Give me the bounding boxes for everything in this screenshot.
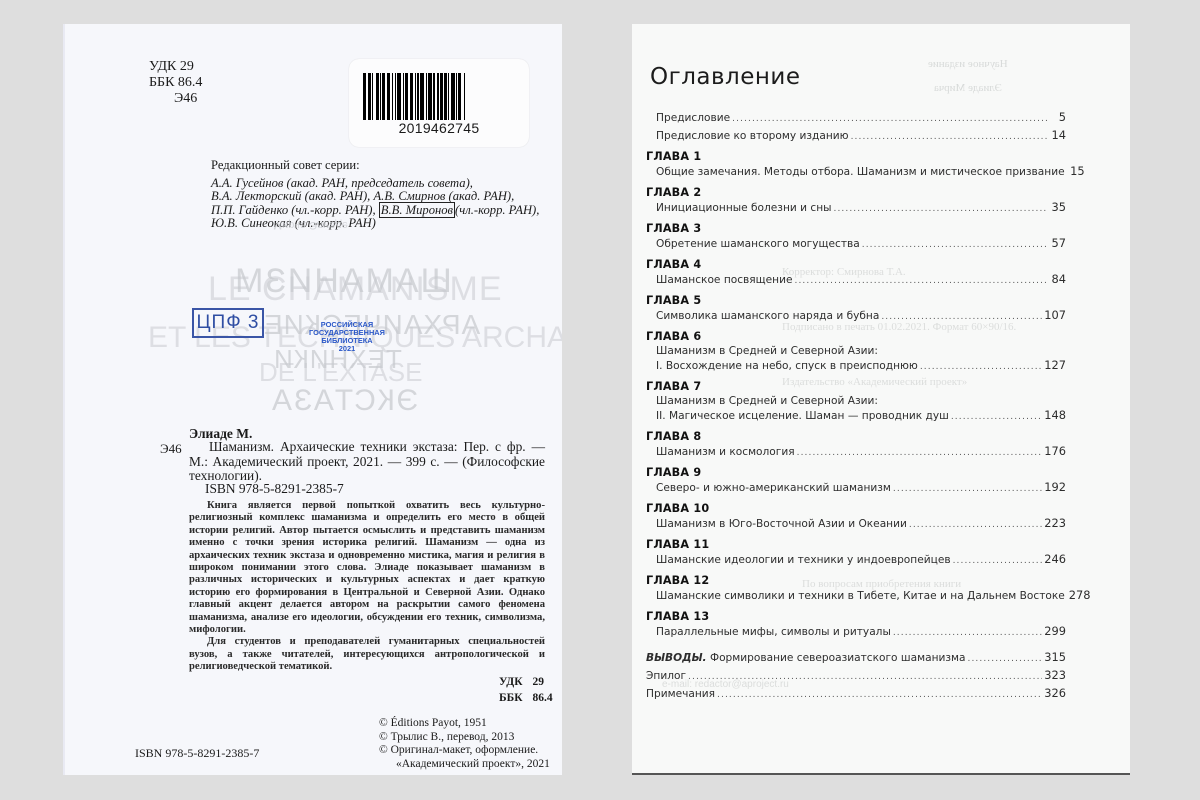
bleedthrough-title-fr: LE CHAMANISME <box>208 270 503 309</box>
toc-entry-title: Примечания <box>646 686 715 702</box>
toc-entry-line: Шаманизм в Средней и Северной Азии: <box>646 344 1066 358</box>
toc-entry-text: Шаманские символики и техники в Тибете, … <box>656 590 1065 602</box>
toc-entry-title: Шаманизм и космология <box>656 445 795 460</box>
toc-entry: Шаманские символики и техники в Тибете, … <box>646 588 1066 605</box>
chapter-heading: ГЛАВА 11 <box>646 537 1066 552</box>
chapter-heading: ГЛАВА 8 <box>646 429 1066 444</box>
toc-entry-title: Шаманизм в Юго-Восточной Азии и Океании <box>656 517 907 532</box>
toc-page-number: 323 <box>1044 667 1066 683</box>
library-stamp: РОССИЙСКАЯ ГОСУДАРСТВЕННАЯ БИБЛИОТЕКА 20… <box>297 321 397 353</box>
isbn-bottom: ISBN 978-5-8291-2385-7 <box>135 746 259 761</box>
toc-entry: Шаманские идеологии и техники у индоевро… <box>646 552 1066 569</box>
toc-entry-text: Обретение шаманского могущества <box>656 238 860 250</box>
toc-entry-text: Параллельные мифы, символы и ритуалы <box>656 626 891 638</box>
code-label: ББК <box>499 692 531 706</box>
toc-page-number: 192 <box>1044 480 1066 495</box>
library-stamp-year: 2021 <box>297 345 397 353</box>
barcode-icon <box>363 73 515 120</box>
annotation-audience: Для студентов и преподавателей гуманитар… <box>189 636 545 673</box>
toc-page-number: 84 <box>1050 272 1066 287</box>
isbn: ISBN 978-5-8291-2385-7 <box>189 481 344 497</box>
dot-leader <box>893 482 1042 497</box>
toc-entry-line: Шаманизм в Средней и Северной Азии: <box>646 394 1066 408</box>
dot-leader <box>862 238 1048 253</box>
chapter-heading: ГЛАВА 3 <box>646 221 1066 236</box>
table-of-contents: Предисловие5Предисловие ко второму издан… <box>646 109 1066 703</box>
chapter-heading: ГЛАВА 4 <box>646 257 1066 272</box>
cpf-stamp: ЦПФ 3 <box>192 308 264 338</box>
chapter-heading: ГЛАВА 9 <box>646 465 1066 480</box>
toc-entry-title: Инициационные болезни и сны <box>656 201 832 216</box>
dot-leader <box>909 518 1042 533</box>
toc-entry: Шаманизм и космология176 <box>646 444 1066 461</box>
editorial-board-heading: Редакционный совет серии: <box>211 159 556 173</box>
toc-entry: Предисловие ко второму изданию14 <box>646 127 1066 145</box>
dot-leader <box>717 687 1042 703</box>
toc-entry-title: Обретение шаманского могущества <box>656 237 860 252</box>
chapter-heading: ГЛАВА 12 <box>646 573 1066 588</box>
board-member: А.А. Гусейнов (акад. РАН, председатель с… <box>211 177 556 191</box>
toc-entry: I. Восхождение на небо, спуск в преиспод… <box>646 358 1066 375</box>
toc-page-number: 299 <box>1044 624 1066 639</box>
toc-entry-title: Шаманское посвящение <box>656 273 793 288</box>
toc-entry: Северо- и южно-американский шаманизм192 <box>646 480 1066 497</box>
code-row: УДК29 <box>499 676 561 690</box>
toc-entry: Предисловие5 <box>646 109 1066 127</box>
toc-entry-text: II. Магическое исцеление. Шаман — провод… <box>656 410 949 422</box>
toc-entry: Примечания326 <box>646 685 1066 703</box>
right-page-contents: Научное издание Элиаде Мирча Корректор: … <box>632 24 1130 775</box>
dot-leader <box>732 111 1048 127</box>
editorial-board: Редакционный совет серии: А.А. Гусейнов … <box>211 159 556 231</box>
toc-entry-title: II. Магическое исцеление. Шаман — провод… <box>656 409 949 424</box>
toc-entry-text: Символика шаманского наряда и бубна <box>656 310 879 322</box>
chapter-heading: ГЛАВА 2 <box>646 185 1066 200</box>
chapter-heading: ГЛАВА 5 <box>646 293 1066 308</box>
toc-entry-text: Общие замечания. Методы отбора. Шаманизм… <box>656 166 1065 178</box>
toc-page-number: 15 <box>1069 164 1085 179</box>
toc-entry: II. Магическое исцеление. Шаман — провод… <box>646 408 1066 425</box>
chapter-heading: ГЛАВА 1 <box>646 149 1066 164</box>
classification-codes-bottom: УДК29 ББК86.4 <box>497 674 562 707</box>
toc-entry: Символика шаманского наряда и бубна107 <box>646 308 1066 325</box>
chapter-heading: ГЛАВА 10 <box>646 501 1066 516</box>
toc-page-number: 14 <box>1050 127 1066 143</box>
copyright-line: © Éditions Payot, 1951 <box>379 717 550 731</box>
code-row: ББК86.4 <box>499 692 561 706</box>
toc-entry-title: Общие замечания. Методы отбора. Шаманизм… <box>656 165 1065 180</box>
left-page-imprint: УДК 29 ББК 86.4 Э46 2019462745 Редакцион… <box>63 24 562 775</box>
code-label: УДК <box>499 676 531 690</box>
board-member: П.П. Гайденко (чл.-корр. РАН), В.В. Миро… <box>211 204 556 218</box>
toc-page-number: 127 <box>1044 358 1066 373</box>
dot-leader <box>881 310 1042 325</box>
dot-leader <box>953 554 1043 569</box>
board-member: Ю.В. Синеокая (чл.-корр. РАН) <box>211 217 556 231</box>
toc-entry-title: Эпилог <box>646 668 686 684</box>
dot-leader <box>851 129 1048 145</box>
toc-entry-text: Шаманизм и космология <box>656 446 795 458</box>
toc-page-number: 246 <box>1044 552 1066 567</box>
dot-leader <box>920 360 1042 375</box>
board-member-name: П.П. Гайденко (чл.-корр. РАН), <box>211 203 379 217</box>
toc-entry-text: Инициационные болезни и сны <box>656 202 832 214</box>
toc-page-number: 148 <box>1044 408 1066 423</box>
toc-page-number: 35 <box>1050 200 1066 215</box>
dot-leader <box>688 669 1042 685</box>
author-mark: Э46 <box>149 91 202 107</box>
chapter-heading: ГЛАВА 13 <box>646 609 1066 624</box>
bbk-code: ББК 86.4 <box>149 75 202 91</box>
barcode-number: 2019462745 <box>349 120 529 136</box>
toc-entry-title: Предисловие ко второму изданию <box>656 128 849 144</box>
toc-entry-text: Эпилог <box>646 670 686 682</box>
toc-entry: Параллельные мифы, символы и ритуалы299 <box>646 624 1066 641</box>
toc-page-number: 278 <box>1069 588 1085 603</box>
toc-entry-text: Шаманские идеологии и техники у индоевро… <box>656 554 951 566</box>
board-member-title: (чл.-корр. РАН), <box>455 203 539 217</box>
copyright-line: © Оригинал-макет, оформление. <box>379 744 550 758</box>
dot-leader <box>951 410 1042 425</box>
toc-entry: Шаманизм в Юго-Восточной Азии и Океании2… <box>646 516 1066 533</box>
toc-entry-text: Шаманское посвящение <box>656 274 793 286</box>
bleedthrough-line: Элиаде Мирча <box>934 82 1002 94</box>
board-member-highlighted: В.В. Миронов <box>379 202 455 218</box>
toc-entry-text: Шаманизм в Юго-Восточной Азии и Океании <box>656 518 907 530</box>
toc-entry-title: Шаманские символики и техники в Тибете, … <box>656 589 1065 604</box>
toc-entry-title: Предисловие <box>656 110 730 126</box>
dot-leader <box>968 651 1043 667</box>
toc-entry-text: Формирование североазиатского шаманизма <box>710 652 966 664</box>
toc-entry: Инициационные болезни и сны35 <box>646 200 1066 217</box>
dot-leader <box>795 274 1049 289</box>
bibliographic-description: Шаманизм. Архаические техники экстаза: П… <box>189 440 545 484</box>
toc-entry-text: Примечания <box>646 688 715 700</box>
toc-entry-text: Предисловие <box>656 112 730 124</box>
toc-entry-title: Шаманские идеологии и техники у индоевро… <box>656 553 951 568</box>
toc-page-number: 5 <box>1050 109 1066 125</box>
classification-codes-top: УДК 29 ББК 86.4 Э46 <box>149 59 202 107</box>
toc-entry-title: Параллельные мифы, символы и ритуалы <box>656 625 891 640</box>
code-value: 29 <box>533 676 561 690</box>
bleedthrough-line: Научное издание <box>928 58 1008 70</box>
dot-leader <box>893 626 1042 641</box>
bleedthrough-author: Мирча Элиаде <box>273 219 348 231</box>
toc-page-number: 223 <box>1044 516 1066 531</box>
toc-entry: Общие замечания. Методы отбора. Шаманизм… <box>646 164 1066 181</box>
udk-code: УДК 29 <box>149 59 202 75</box>
toc-entry: ВЫВОДЫ. Формирование североазиатского ша… <box>646 649 1066 667</box>
annotation: Книга является первой попыткой охватить … <box>189 500 545 674</box>
copyright-line: © Трылис В., перевод, 2013 <box>379 731 550 745</box>
toc-page-number: 57 <box>1050 236 1066 251</box>
toc-page-number: 107 <box>1044 308 1066 323</box>
toc-entry-text: Северо- и южно-американский шаманизм <box>656 482 891 494</box>
toc-entry: Эпилог323 <box>646 667 1066 685</box>
dot-leader <box>834 202 1049 217</box>
catalog-code: Э46 <box>160 441 182 457</box>
toc-entry-text: I. Восхождение на небо, спуск в преиспод… <box>656 360 918 372</box>
toc-entry-title: I. Восхождение на небо, спуск в преиспод… <box>656 359 918 374</box>
toc-entry: Обретение шаманского могущества57 <box>646 236 1066 253</box>
toc-entry: Шаманское посвящение84 <box>646 272 1066 289</box>
toc-page-number: 326 <box>1044 685 1066 701</box>
code-value: 86.4 <box>533 692 561 706</box>
copyright-line: «Академический проект», 2021 <box>379 758 550 772</box>
toc-entry-title: Символика шаманского наряда и бубна <box>656 309 879 324</box>
barcode-bar <box>464 73 465 120</box>
chapter-heading: ГЛАВА 6 <box>646 329 1066 344</box>
annotation-paragraph: Книга является первой попыткой охватить … <box>189 500 545 636</box>
toc-page-number: 176 <box>1044 444 1066 459</box>
bleedthrough-subtitle-3: ЭКСТАЗА <box>270 384 419 418</box>
toc-entry-title: ВЫВОДЫ. Формирование североазиатского ша… <box>646 650 966 666</box>
library-barcode-sticker: 2019462745 <box>349 59 529 147</box>
toc-entry-text: Предисловие ко второму изданию <box>656 130 849 142</box>
dot-leader <box>797 446 1043 461</box>
chapter-heading: ГЛАВА 7 <box>646 379 1066 394</box>
toc-title: Оглавление <box>650 64 801 90</box>
toc-entry-label: ВЫВОДЫ. <box>646 652 707 664</box>
toc-page-number: 315 <box>1044 649 1066 665</box>
copyright-notices: © Éditions Payot, 1951 © Трылис В., пере… <box>379 717 550 771</box>
toc-entry-title: Северо- и южно-американский шаманизм <box>656 481 891 496</box>
